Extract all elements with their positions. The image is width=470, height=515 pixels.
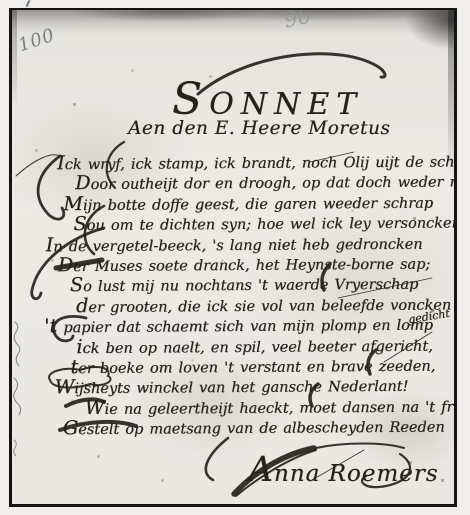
left-edge-shadow (12, 10, 17, 110)
poem-line: Gestelt op maetsang van de albescheyden … (13, 414, 455, 437)
folio-number-left: 100 (16, 25, 58, 57)
poem-body: Ick wryf, ick stamp, ick brandt, noch Ol… (11, 148, 455, 437)
scanned-manuscript: 100 96 SONNET Aen den E. Heere Moretus I… (0, 0, 470, 515)
poem-line: Sou om te dichten syn; hoe wel ick ley v… (11, 210, 453, 233)
folio-number-center: 96 (282, 8, 313, 33)
poem-line: Wijsheyts winckel van het gansche Nederl… (13, 373, 455, 396)
dedication-line: Aen den E. Heere Moretus (128, 118, 390, 139)
corner-smudge (368, 10, 454, 68)
manuscript-page: 100 96 SONNET Aen den E. Heere Moretus I… (9, 8, 457, 507)
poem-line: So lust mij nu nochtans 't waerde Vryers… (12, 271, 454, 294)
corner-pencil-tick (26, 0, 31, 7)
paper-specks (12, 10, 13, 11)
poem-line: Door outheijt dor en droogh, op dat doch… (11, 169, 453, 192)
poem-line: 't papier dat schaemt sich van mijn plom… (12, 312, 454, 335)
top-edge-shadow (12, 10, 454, 34)
signature: Anna Roemers (248, 450, 439, 490)
